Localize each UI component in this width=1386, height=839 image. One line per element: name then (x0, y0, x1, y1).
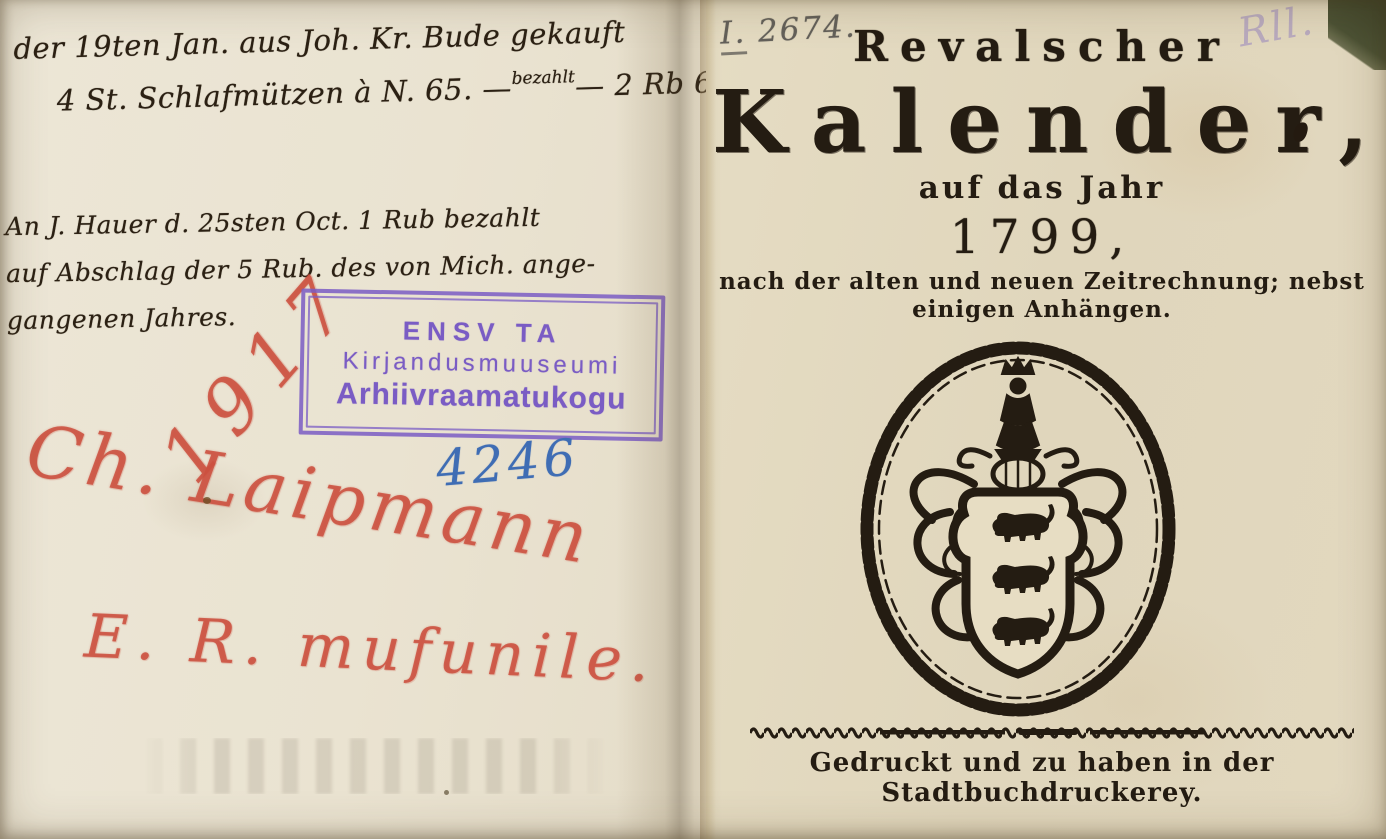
left-page: der 19ten Jan. aus Joh. Kr. Bude gekauft… (0, 0, 706, 839)
paper-fleck (203, 497, 211, 504)
stamp-line-arhiivraamatukogu: Arhiivraamatukogu (336, 377, 627, 417)
book-scan-photo: der 19ten Jan. aus Joh. Kr. Bude gekauft… (0, 0, 1386, 839)
series-title: Revalscher (712, 22, 1372, 71)
library-stamp: ENSV TA Kirjandusmuuseumi Arhiivraamatuk… (299, 289, 666, 442)
year-1799: 1799, (712, 210, 1372, 265)
main-title: Kalender, (712, 72, 1372, 173)
library-stamp-border: ENSV TA Kirjandusmuuseumi Arhiivraamatuk… (306, 296, 658, 435)
subtitle-auf-das-jahr: auf das Jahr (712, 170, 1372, 206)
imprint-line: Gedruckt und zu haben in der Stadtbuchdr… (712, 748, 1372, 808)
dark-corner-background (1328, 0, 1386, 70)
stamp-line-ensv-ta: ENSV TA (402, 315, 562, 349)
stamp-line-kirjandusmuuseumi: Kirjandusmuuseumi (342, 347, 621, 380)
show-through-smudge (140, 738, 610, 794)
subtitle-zeitrechnung: nach der alten und neuen Zeitrechnung; n… (712, 268, 1372, 295)
decorative-rule (750, 724, 1354, 740)
note-superscript-bezahlt: bezahlt (511, 67, 575, 89)
handwritten-note-top: der 19ten Jan. aus Joh. Kr. Bude gekauft… (13, 5, 794, 124)
coat-of-arms-icon (856, 340, 1180, 718)
accession-number: 4246 (434, 428, 582, 498)
note-text: 4 St. Schlafmützen à N. 65. — (56, 71, 512, 118)
subtitle-anhaenge: einigen Anhängen. (712, 296, 1372, 323)
paper-fleck (444, 790, 449, 795)
red-crayon-initials-illegible: E. R. mufunile. (83, 602, 659, 697)
